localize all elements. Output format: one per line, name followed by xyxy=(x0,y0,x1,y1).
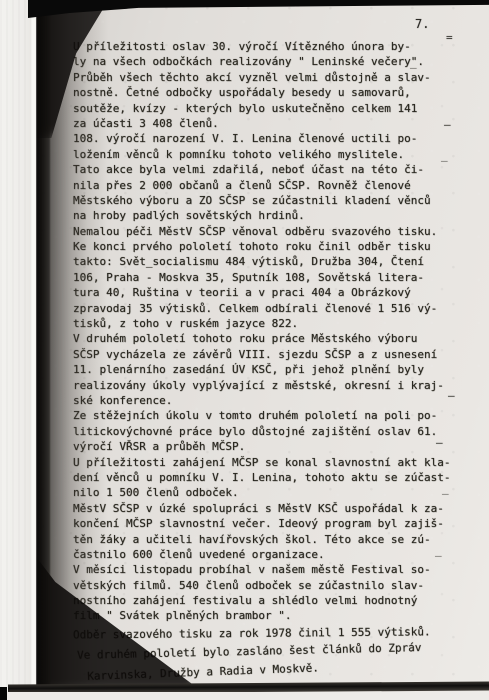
scan-artifact-mark: _ xyxy=(410,56,417,69)
text-line: dení věnců u pomníku V. I. Lenina, tohot… xyxy=(73,470,465,485)
scan-artifact-mark: _ xyxy=(442,482,449,495)
text-line: 108. výročí narození V. I. Lenina členov… xyxy=(73,131,465,146)
text-line: SČSP vycházela ze závěrů VIII. sjezdu SČ… xyxy=(73,347,465,362)
text-line: Ke konci prvého pololetí tohoto roku čin… xyxy=(73,239,465,254)
page-number: 7. xyxy=(415,17,429,31)
text-line: Průběh všech těchto akcí vyzněl velmi dů… xyxy=(73,70,465,85)
text-line: soutěže, kvízy - kterých bylo uskutečněn… xyxy=(73,101,465,116)
scan-artifact-mark: _ xyxy=(441,149,448,162)
text-line: Městského výboru a ZO SČSP se zúčastnili… xyxy=(73,193,465,208)
text-line: nila přes 2 000 občanů a členů SČSP. Rov… xyxy=(73,178,465,193)
text-line: litickovýchovné práce bylo důstojné zaji… xyxy=(73,424,465,439)
text-line: ložením věnců k pomníku tohoto velikého … xyxy=(73,147,465,162)
text-line: U příležitosti zahájení MČSP se konal sl… xyxy=(73,455,465,470)
gutter-shadow-core xyxy=(36,0,50,692)
text-line: film " Svátek plněných brambor ". xyxy=(73,608,465,623)
text-line: 106, Praha - Moskva 35, Sputník 108, Sov… xyxy=(73,270,465,285)
scan-artifact-mark: – xyxy=(448,389,455,402)
text-line: častnilo 600 členů uvedené organizace. xyxy=(73,547,465,562)
text-line: ly na všech odbočkách realizovány " Leni… xyxy=(73,54,465,69)
scanned-document-page: 7. U příležitosti oslav 30. výročí Vítěz… xyxy=(0,0,489,700)
text-line: tura 40, Ruština v teorii a v praci 404 … xyxy=(73,285,465,300)
text-line: na hroby padlých sovětských hrdinů. xyxy=(73,208,465,223)
scan-corner-mark xyxy=(0,687,7,700)
text-line: U příležitosti oslav 30. výročí Vítěznéh… xyxy=(73,39,465,54)
scan-artifact-mark: – xyxy=(444,118,451,131)
text-line: nilo 1 500 členů odboček. xyxy=(73,485,465,500)
text-line: ské konference. xyxy=(73,393,465,408)
text-line: Ze stěžejních úkolu v tomto druhém polol… xyxy=(73,408,465,423)
text-line: nostně. Četné odbočky uspořádaly besedy … xyxy=(73,85,465,100)
text-line: za účasti 3 408 členů. xyxy=(73,116,465,131)
text-line: Nemalou péči MěstV SČSP věnoval odběru s… xyxy=(73,224,465,239)
text-line: MěstV SČSP v úzké spolupráci s MěstV KSČ… xyxy=(73,501,465,516)
page-edge-highlight xyxy=(31,4,36,692)
text-line: větských filmů. 540 členů odboček se zúč… xyxy=(73,578,465,593)
text-line: V druhém pololetí tohoto roku práce Měst… xyxy=(73,331,465,346)
text-line: těn žáky a učiteli havířovských škol. Té… xyxy=(73,532,465,547)
text-line: zpravodaj 35 výtisků. Celkem odbírali čl… xyxy=(73,301,465,316)
text-line: 11. plenárního zasedání ÚV KSČ, při jeho… xyxy=(73,362,465,377)
text-line: realizovány úkoly vyplývající z městské,… xyxy=(73,378,465,393)
text-line: Tato akce byla velmi zdařilá, neboť účas… xyxy=(73,162,465,177)
text-line: takto: Svět_socialismu 484 výtisků, Druž… xyxy=(73,254,465,269)
text-line: nostního zahájení festivalu a shlédlo ve… xyxy=(73,593,465,608)
typewritten-text: U příležitosti oslav 30. výročí Vítěznéh… xyxy=(73,39,465,670)
text-line: výročí VŘSR a průběh MČSP. xyxy=(73,439,465,454)
scanner-bed-bottom xyxy=(0,692,489,700)
scan-artifact-mark: _ xyxy=(435,544,442,557)
scan-artifact-mark: – xyxy=(436,436,443,449)
scan-artifact-mark: = xyxy=(446,31,453,44)
text-line: V měsíci listopadu probíhal v našem měst… xyxy=(73,562,465,577)
text-line: tisků, z toho v ruském jazyce 822. xyxy=(73,316,465,331)
text-line: končení MČSP slavnostní večer. Ideový pr… xyxy=(73,516,465,531)
